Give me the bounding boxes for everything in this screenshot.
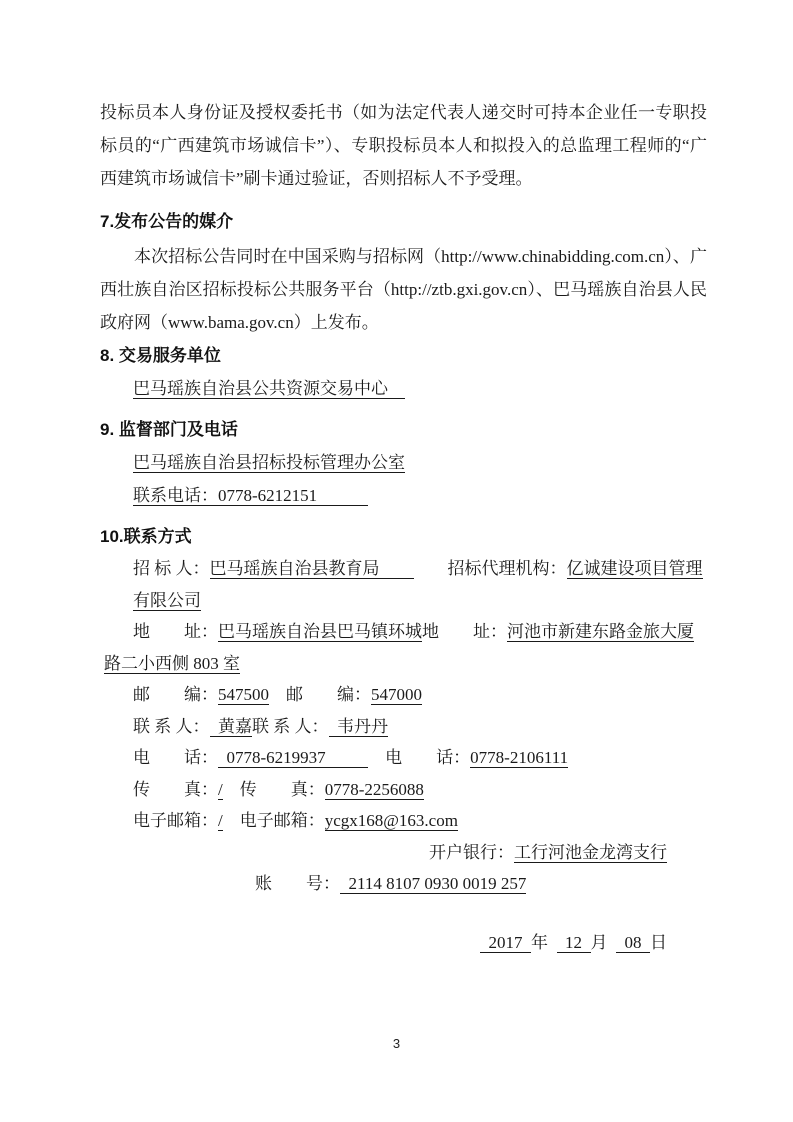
text-segment: 账 号： xyxy=(255,874,340,893)
text-segment: 年 xyxy=(531,933,557,952)
underlined-value: 08 xyxy=(616,933,650,953)
text-line: 地 址：巴马瑶族自治县巴马镇环城地 址：河池市新建东路金旅大厦 xyxy=(100,616,707,648)
underlined-value: 547000 xyxy=(371,685,422,705)
text-line: 路二小西侧 803 室 xyxy=(100,648,707,680)
page-number: 3 xyxy=(0,1036,793,1051)
underlined-value: 547500 xyxy=(218,685,269,705)
text-segment: 地 址： xyxy=(422,622,507,641)
text-line: 有限公司 xyxy=(100,585,707,617)
underlined-value: 2114 8107 0930 0019 257 xyxy=(340,874,526,894)
underlined-value: 0778-6219937 xyxy=(218,748,368,768)
text-segment: 电 话： xyxy=(368,748,470,767)
text-segment: 邮 编： xyxy=(133,685,218,704)
text-line: 联系电话：0778-6212151 xyxy=(100,479,707,512)
underlined-value: 亿诚建设项目管理 xyxy=(567,559,703,579)
underlined-value: 巴马瑶族自治县教育局 xyxy=(210,559,414,579)
intro-paragraph: 投标员本人身份证及授权委托书（如为法定代表人递交时可持本企业任一专职投标员的“广… xyxy=(100,96,707,195)
section-7-heading: 7.发布公告的媒介 xyxy=(100,205,707,238)
text-segment: 开户银行： xyxy=(429,843,514,862)
text-segment: 月 xyxy=(591,933,617,952)
text-segment: 传 真： xyxy=(133,780,218,799)
text-segment: 传 真： xyxy=(223,780,325,799)
text-line: 电子邮箱：/ 电子邮箱：ycgx168@163.com xyxy=(100,805,707,837)
text-segment: 日 xyxy=(650,933,667,952)
text-line: 招 标 人：巴马瑶族自治县教育局 招标代理机构：亿诚建设项目管理 xyxy=(100,553,707,585)
text-line: 联 系 人： 黄嘉联 系 人： 韦丹丹 xyxy=(100,711,707,743)
text-line: 电 话： 0778-6219937 电 话：0778-2106111 xyxy=(100,742,707,774)
section-8-rows: 巴马瑶族自治县公共资源交易中心 xyxy=(100,372,707,405)
text-line: 巴马瑶族自治县招标投标管理办公室 xyxy=(100,446,707,479)
text-line: 传 真：/ 传 真：0778-2256088 xyxy=(100,774,707,806)
text-segment: 联 系 人： xyxy=(133,717,210,736)
contact-rows: 招 标 人：巴马瑶族自治县教育局 招标代理机构：亿诚建设项目管理有限公司地 址：… xyxy=(100,553,707,900)
text-line: 账 号： 2114 8107 0930 0019 257 xyxy=(100,868,707,900)
text-segment: 邮 编： xyxy=(269,685,371,704)
underlined-value: 联系电话：0778-6212151 xyxy=(133,486,368,506)
section-9-heading: 9. 监督部门及电话 xyxy=(100,413,707,446)
underlined-value: 河池市新建东路金旅大厦 xyxy=(507,622,694,642)
text-segment: 电子邮箱： xyxy=(133,811,218,830)
text-line: 2017 年 12 月 08 日 xyxy=(100,926,707,959)
underlined-value: 韦丹丹 xyxy=(329,717,389,737)
underlined-value: ycgx168@163.com xyxy=(325,811,458,831)
underlined-value: 路二小西侧 803 室 xyxy=(104,654,240,674)
underlined-value: 0778-2256088 xyxy=(325,780,424,800)
underlined-value: 黄嘉 xyxy=(210,717,253,737)
underlined-value: 巴马瑶族自治县公共资源交易中心 xyxy=(133,379,405,399)
underlined-value: 12 xyxy=(557,933,591,953)
text-segment: 招标代理机构： xyxy=(414,559,567,578)
underlined-value: 2017 xyxy=(480,933,531,953)
text-line: 开户银行：工行河池金龙湾支行 xyxy=(100,837,707,869)
text-segment: 电子邮箱： xyxy=(223,811,325,830)
underlined-value: 巴马瑶族自治县招标投标管理办公室 xyxy=(133,453,405,473)
document-content: 投标员本人身份证及授权委托书（如为法定代表人递交时可持本企业任一专职投标员的“广… xyxy=(100,96,707,959)
date-line: 2017 年 12 月 08 日 xyxy=(100,926,707,959)
underlined-value: 巴马瑶族自治县巴马镇环城 xyxy=(218,622,422,642)
text-segment: 地 址： xyxy=(133,622,218,641)
text-segment: 联 系 人： xyxy=(252,717,329,736)
text-line: 邮 编：547500 邮 编：547000 xyxy=(100,679,707,711)
section-9-rows: 巴马瑶族自治县招标投标管理办公室联系电话：0778-6212151 xyxy=(100,446,707,512)
text-segment: 招 标 人： xyxy=(133,559,210,578)
section-10-heading: 10.联系方式 xyxy=(100,520,707,553)
underlined-value: 工行河池金龙湾支行 xyxy=(514,843,667,863)
section-7-body: 本次招标公告同时在中国采购与招标网（http://www.chinabiddin… xyxy=(100,240,707,339)
text-line: 巴马瑶族自治县公共资源交易中心 xyxy=(100,372,707,405)
underlined-value: 有限公司 xyxy=(133,591,201,611)
underlined-value: 0778-2106111 xyxy=(470,748,568,768)
text-segment: 电 话： xyxy=(133,748,218,767)
section-8-heading: 8. 交易服务单位 xyxy=(100,339,707,372)
document-page: 投标员本人身份证及授权委托书（如为法定代表人递交时可持本企业任一专职投标员的“广… xyxy=(0,0,793,1122)
